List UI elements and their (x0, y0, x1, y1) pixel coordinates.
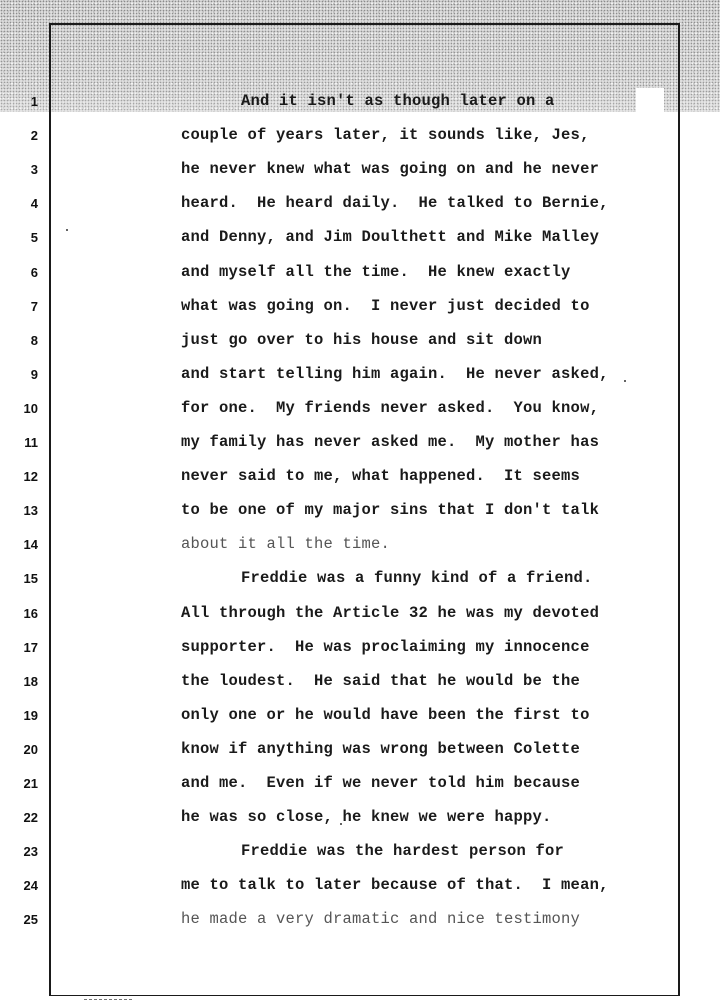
transcript-line: me to talk to later because of that. I m… (181, 876, 609, 894)
transcript-line: to be one of my major sins that I don't … (181, 501, 599, 519)
transcript-line: and Denny, and Jim Doulthett and Mike Ma… (181, 228, 599, 246)
line-number: 22 (8, 810, 38, 825)
line-number: 12 (8, 469, 38, 484)
line-number: 25 (8, 912, 38, 927)
scan-speck (340, 823, 342, 825)
transcript-line: he was so close, he knew we were happy. (181, 808, 552, 826)
transcript-line: for one. My friends never asked. You kno… (181, 399, 599, 417)
transcript-line: couple of years later, it sounds like, J… (181, 126, 590, 144)
line-number: 21 (8, 776, 38, 791)
transcript-line: heard. He heard daily. He talked to Bern… (181, 194, 609, 212)
line-number: 4 (8, 196, 38, 211)
transcript-line: Freddie was the hardest person for (241, 842, 564, 860)
transcript-line: And it isn't as though later on a (241, 92, 555, 110)
transcript-line: know if anything was wrong between Colet… (181, 740, 580, 758)
transcript-line: he made a very dramatic and nice testimo… (181, 910, 580, 928)
line-number: 7 (8, 299, 38, 314)
line-number: 17 (8, 640, 38, 655)
line-number: 19 (8, 708, 38, 723)
line-number: 2 (8, 128, 38, 143)
transcript-line: supporter. He was proclaiming my innocen… (181, 638, 590, 656)
scan-speck (624, 380, 626, 382)
transcript-line: the loudest. He said that he would be th… (181, 672, 580, 690)
line-number: 15 (8, 571, 38, 586)
line-number: 18 (8, 674, 38, 689)
line-number: 14 (8, 537, 38, 552)
transcript-line: Freddie was a funny kind of a friend. (241, 569, 593, 587)
line-number: 3 (8, 162, 38, 177)
line-number: 10 (8, 401, 38, 416)
scan-speck (66, 229, 68, 231)
line-number: 16 (8, 606, 38, 621)
transcript-line: only one or he would have been the first… (181, 706, 590, 724)
transcript-line: what was going on. I never just decided … (181, 297, 590, 315)
line-number: 9 (8, 367, 38, 382)
transcript-line: and myself all the time. He knew exactly (181, 263, 571, 281)
transcript-line: my family has never asked me. My mother … (181, 433, 599, 451)
line-number: 11 (8, 435, 38, 450)
transcript-line: just go over to his house and sit down (181, 331, 542, 349)
line-number: 24 (8, 878, 38, 893)
line-number: 13 (8, 503, 38, 518)
transcript-line: and start telling him again. He never as… (181, 365, 609, 383)
transcript-line: he never knew what was going on and he n… (181, 160, 599, 178)
transcript-line: about it all the time. (181, 535, 390, 553)
line-number: 20 (8, 742, 38, 757)
transcript-line: and me. Even if we never told him becaus… (181, 774, 580, 792)
line-number: 8 (8, 333, 38, 348)
transcript-line: never said to me, what happened. It seem… (181, 467, 580, 485)
line-number: 5 (8, 230, 38, 245)
transcript-line: All through the Article 32 he was my dev… (181, 604, 599, 622)
line-number: 1 (8, 94, 38, 109)
footer-mark (84, 999, 132, 1002)
line-number: 23 (8, 844, 38, 859)
line-number: 6 (8, 265, 38, 280)
